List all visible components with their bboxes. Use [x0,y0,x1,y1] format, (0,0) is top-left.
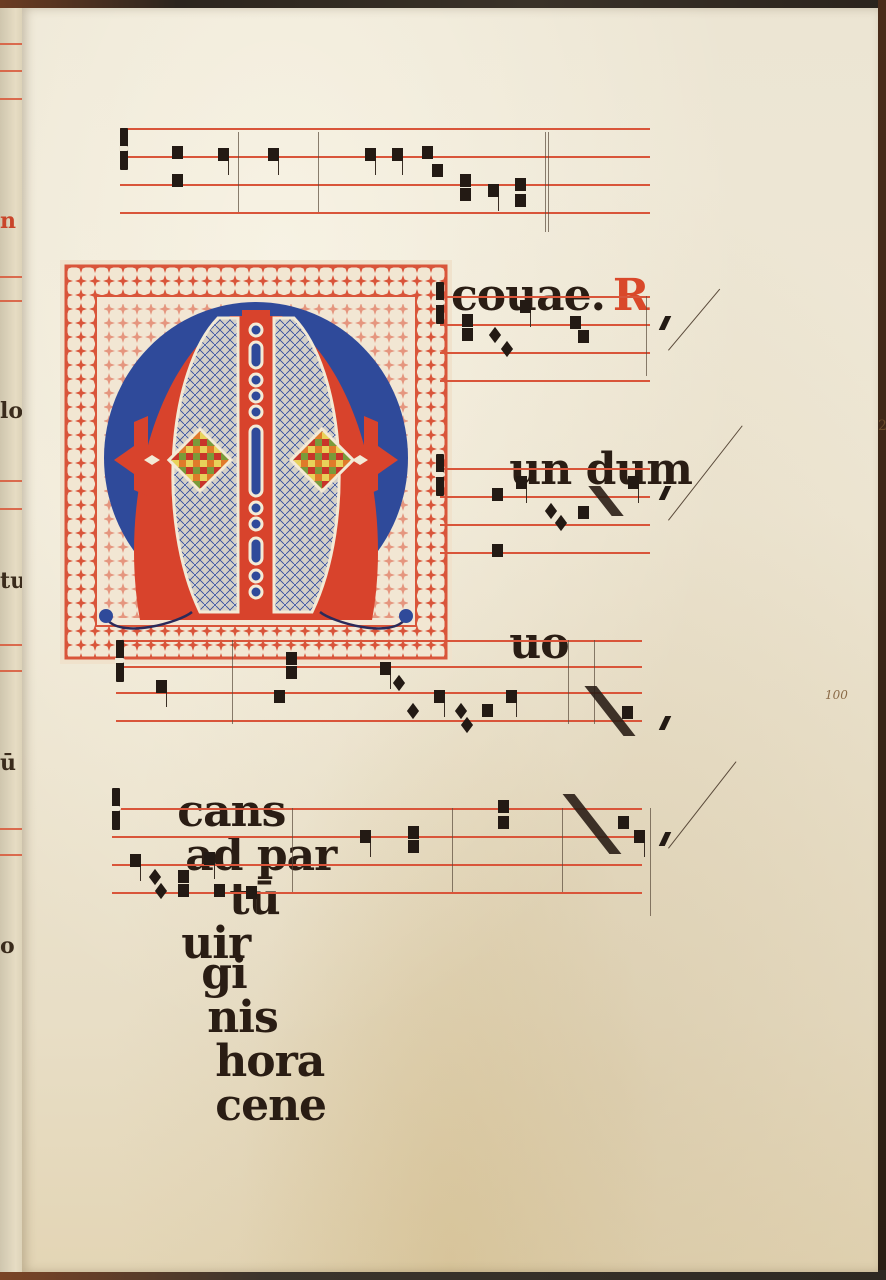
music-staff-3 [440,468,650,558]
note-rhombus [489,327,501,343]
note [408,826,419,839]
note-rhombus [455,703,467,719]
prev-page-glyph: o [0,933,15,959]
folio-number: 100 [825,688,848,702]
prev-page-glyph: n [0,208,16,234]
custos-stroke [668,289,720,351]
ligature [588,486,623,516]
music-staff-1 [120,122,650,212]
note [492,488,503,501]
note [422,146,433,159]
note [286,666,297,679]
note [570,316,581,329]
note [178,870,189,883]
note [434,690,445,703]
note [492,544,503,557]
note [462,328,473,341]
note [498,816,509,829]
note [408,840,419,853]
note [520,300,531,313]
note [634,830,645,843]
note [268,148,279,161]
note [172,174,183,187]
note [578,506,589,519]
note-rhombus [407,703,419,719]
illuminated-initial-m [60,260,452,664]
note [482,704,493,717]
note [516,476,527,489]
note [204,852,215,865]
music-staff-4 [116,640,642,730]
custos [659,832,672,846]
ligature [563,794,622,854]
note [360,830,371,843]
note [178,884,189,897]
custos [659,716,672,730]
book-binding-right [878,0,886,1280]
note [506,690,517,703]
note-rhombus [545,503,557,519]
lyric-syllable: cene [215,1080,326,1131]
note [460,188,471,201]
note [488,184,499,197]
note [628,476,639,489]
note [380,662,391,675]
note [432,164,443,177]
note [578,330,589,343]
note [498,800,509,813]
note-rhombus [501,341,513,357]
note [462,314,473,327]
note-rhombus [149,869,161,885]
note [365,148,376,161]
note [392,148,403,161]
note [172,146,183,159]
note [218,148,229,161]
manuscript-page: mum est. Ecouae.R [22,8,878,1272]
note [618,816,629,829]
c-clef [116,640,124,682]
note [274,690,285,703]
c-clef [120,128,128,170]
note [156,680,167,693]
note [515,194,526,207]
music-staff-5 [112,808,642,898]
note [286,652,297,665]
music-staff-2 [440,296,650,386]
note [246,886,257,899]
custos-stroke [668,761,737,848]
c-clef [436,454,444,496]
note-rhombus [555,515,567,531]
lyric-line-5: gi nis hora cene [144,908,326,1172]
prev-page-glyph: ū [0,750,16,776]
note [214,884,225,897]
custos [659,316,672,330]
c-clef [112,788,120,830]
note-rhombus [155,883,167,899]
prev-page-glyph: lo [0,398,23,424]
note [460,174,471,187]
c-clef [436,282,444,324]
note [515,178,526,191]
margin-annotation: 2 [878,418,886,434]
note-rhombus [393,675,405,691]
note [622,706,633,719]
note [130,854,141,867]
